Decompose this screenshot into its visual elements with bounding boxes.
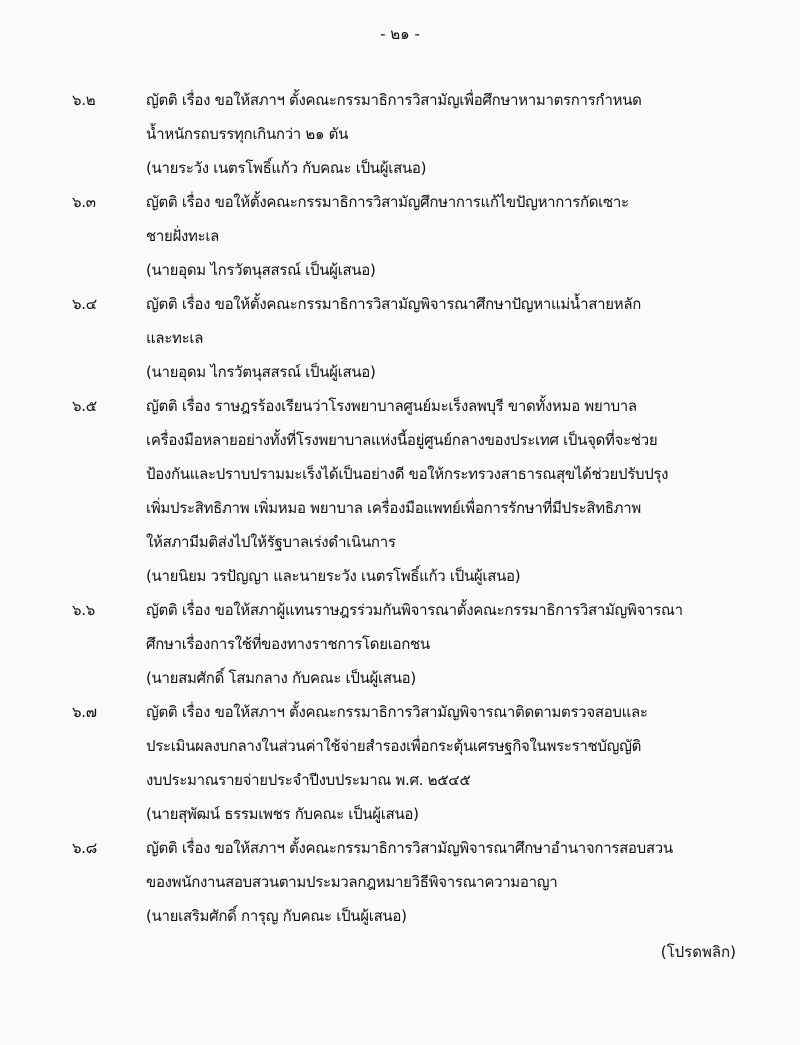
item-text-line: ของพนักงานสอบสวนตามประมวลกฎหมายวิธีพิจาร… [146, 870, 557, 894]
item-number: ๖.๔ [72, 292, 132, 316]
item-text-line: ญัตติ เรื่อง ขอให้ตั้งคณะกรรมาธิการวิสาม… [146, 190, 629, 214]
item-text-line: ญัตติ เรื่อง ขอให้สภาฯ ตั้งคณะกรรมาธิการ… [146, 836, 673, 860]
page-number: - ๒๑ - [0, 22, 800, 46]
item-text-line: น้ำหนักรถบรรทุกเกินกว่า ๒๑ ตัน [146, 122, 348, 146]
item-text-line: งบประมาณรายจ่ายประจำปีงบประมาณ พ.ศ. ๒๕๔๕ [146, 768, 470, 792]
item-number: ๖.๓ [72, 190, 132, 214]
motion-item-6-4: ๖.๔ญัตติ เรื่อง ขอให้ตั้งคณะกรรมาธิการวิ… [0, 292, 800, 394]
item-text-line: ชายฝั่งทะเล [146, 224, 219, 248]
motion-list: ๖.๒ญัตติ เรื่อง ขอให้สภาฯ ตั้งคณะกรรมาธิ… [0, 88, 800, 938]
item-text-line: ศึกษาเรื่องการใช้ที่ของทางราชการโดยเอกชน [146, 632, 430, 656]
motion-item-6-6: ๖.๖ญัตติ เรื่อง ขอให้สภาผู้แทนราษฎรร่วมก… [0, 598, 800, 700]
item-text-line: เพิ่มประสิทธิภาพ เพิ่มหมอ พยาบาล เครื่อง… [146, 496, 641, 520]
item-number: ๖.๘ [72, 836, 132, 860]
item-text-line: ญัตติ เรื่อง ขอให้สภาผู้แทนราษฎรร่วมกันพ… [146, 598, 683, 622]
item-text-line: และทะเล [146, 326, 203, 350]
item-number: ๖.๕ [72, 394, 132, 418]
item-text-line: ให้สภามีมติส่งไปให้รัฐบาลเร่งดำเนินการ [146, 530, 396, 554]
motion-item-6-7: ๖.๗ญัตติ เรื่อง ขอให้สภาฯ ตั้งคณะกรรมาธิ… [0, 700, 800, 836]
item-number: ๖.๖ [72, 598, 132, 622]
item-proposer: (นายระวัง เนตรโพธิ์แก้ว กับคณะ เป็นผู้เส… [146, 156, 426, 180]
item-proposer: (นายนิยม วรปัญญา และนายระวัง เนตรโพธิ์แก… [146, 564, 520, 588]
item-text-line: ป้องกันและปราบปรามมะเร็งได้เป็นอย่างดี ข… [146, 462, 668, 486]
item-proposer: (นายอุดม ไกรวัตนุสสรณ์ เป็นผู้เสนอ) [146, 258, 376, 282]
item-text-line: เครื่องมือหลายอย่างทั้งที่โรงพยาบาลแห่งน… [146, 428, 657, 452]
item-proposer: (นายเสริมศักดิ์ การุญ กับคณะ เป็นผู้เสนอ… [146, 904, 407, 928]
item-proposer: (นายสุพัฒน์ ธรรมเพชร กับคณะ เป็นผู้เสนอ) [146, 802, 419, 826]
item-text-line: ญัตติ เรื่อง ขอให้สภาฯ ตั้งคณะกรรมาธิการ… [146, 88, 642, 112]
item-text-line: ญัตติ เรื่อง ขอให้ตั้งคณะกรรมาธิการวิสาม… [146, 292, 641, 316]
motion-item-6-5: ๖.๕ญัตติ เรื่อง ราษฎรร้องเรียนว่าโรงพยาบ… [0, 394, 800, 598]
motion-item-6-2: ๖.๒ญัตติ เรื่อง ขอให้สภาฯ ตั้งคณะกรรมาธิ… [0, 88, 800, 190]
motion-item-6-3: ๖.๓ญัตติ เรื่อง ขอให้ตั้งคณะกรรมาธิการวิ… [0, 190, 800, 292]
item-text-line: ประเมินผลงบกลางในส่วนค่าใช้จ่ายสำรองเพื่… [146, 734, 641, 758]
item-number: ๖.๗ [72, 700, 132, 724]
item-text-line: ญัตติ เรื่อง ขอให้สภาฯ ตั้งคณะกรรมาธิการ… [146, 700, 648, 724]
motion-item-6-8: ๖.๘ญัตติ เรื่อง ขอให้สภาฯ ตั้งคณะกรรมาธิ… [0, 836, 800, 938]
item-text-line: ญัตติ เรื่อง ราษฎรร้องเรียนว่าโรงพยาบาลศ… [146, 394, 637, 418]
please-turn-over-note: (โปรดพลิก) [661, 940, 736, 964]
item-number: ๖.๒ [72, 88, 132, 112]
item-proposer: (นายอุดม ไกรวัตนุสสรณ์ เป็นผู้เสนอ) [146, 360, 376, 384]
item-proposer: (นายสมศักดิ์ โสมกลาง กับคณะ เป็นผู้เสนอ) [146, 666, 416, 690]
